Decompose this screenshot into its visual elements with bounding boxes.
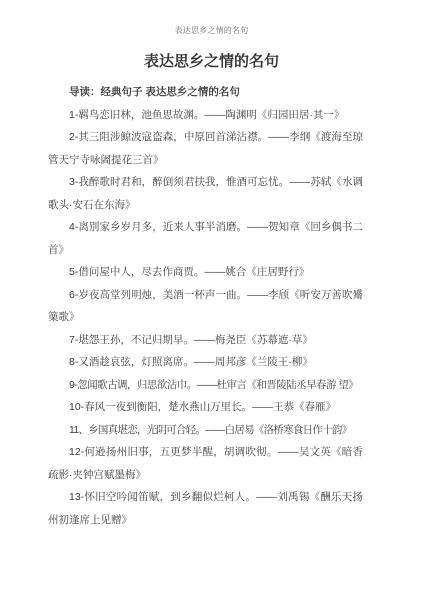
quote-line: 4-离别家乡岁月多，近来人事半消磨。——贺知章《回乡偶书二首》: [48, 216, 363, 261]
quote-line: 11、乡国真堪恋，光阴可合轻。——白居易《洛桥寒食日作十韵》: [48, 419, 363, 442]
quote-line: 2-其三阻涉鲸波寇盗森，中原回首涕沾襟。——李纲《渡海至琼管天宁寺咏阇提花三首》: [48, 126, 363, 171]
quote-line: 6-岁夜高堂列明烛，美酒一杯声一曲。——李颀《听安万善吹觱篥歌》: [48, 284, 363, 329]
page-title: 表达思乡之情的名句: [0, 53, 423, 71]
quote-line: 9-忽闻歌古调，归思欲沾巾。——杜审言《和晋陵陆丞早春游 望》: [48, 374, 363, 397]
lead-paragraph: 导读：经典句子 表达思乡之情的名句: [48, 81, 363, 104]
quote-line: 13-怀旧空吟闻笛赋，到乡翻似烂柯人。——刘禹锡《酬乐天扬州初逢席上见赠》: [48, 486, 363, 531]
quote-line: 10-春风一夜到衡阳，楚水燕山万里长。——王恭《春雁》: [48, 396, 363, 419]
quote-line: 8-又酒趁哀弦，灯照离席。——周邦彦《兰陵王·柳》: [48, 351, 363, 374]
document-body: 导读：经典句子 表达思乡之情的名句 1-羁鸟恋旧林，池鱼思故渊。——陶渊明《归园…: [48, 81, 363, 531]
quote-line: 3-我醉歌时君和，醉倒须君扶我，惟酒可忘忧。——苏轼《水调歌头·安石在东海》: [48, 171, 363, 216]
quote-line: 5-借问屋中人，尽去作商贾。——姚合《庄居野行》: [48, 261, 363, 284]
quote-line: 1-羁鸟恋旧林，池鱼思故渊。——陶渊明《归园田居·其一》: [48, 104, 363, 127]
document-page: 表达思乡之情的名句 表达思乡之情的名句 导读：经典句子 表达思乡之情的名句 1-…: [0, 0, 423, 600]
quote-line: 7-堪怨王孙，不记归期早。——梅尧臣《苏幕遮·草》: [48, 329, 363, 352]
quote-line: 12-何逊扬州旧事，五更梦半醒，胡调吹彻。——吴文英《暗香疏影·夹钟宫赋墨梅》: [48, 441, 363, 486]
quotes-list: 1-羁鸟恋旧林，池鱼思故渊。——陶渊明《归园田居·其一》2-其三阻涉鲸波寇盗森，…: [48, 104, 363, 532]
running-header: 表达思乡之情的名句: [0, 0, 423, 36]
